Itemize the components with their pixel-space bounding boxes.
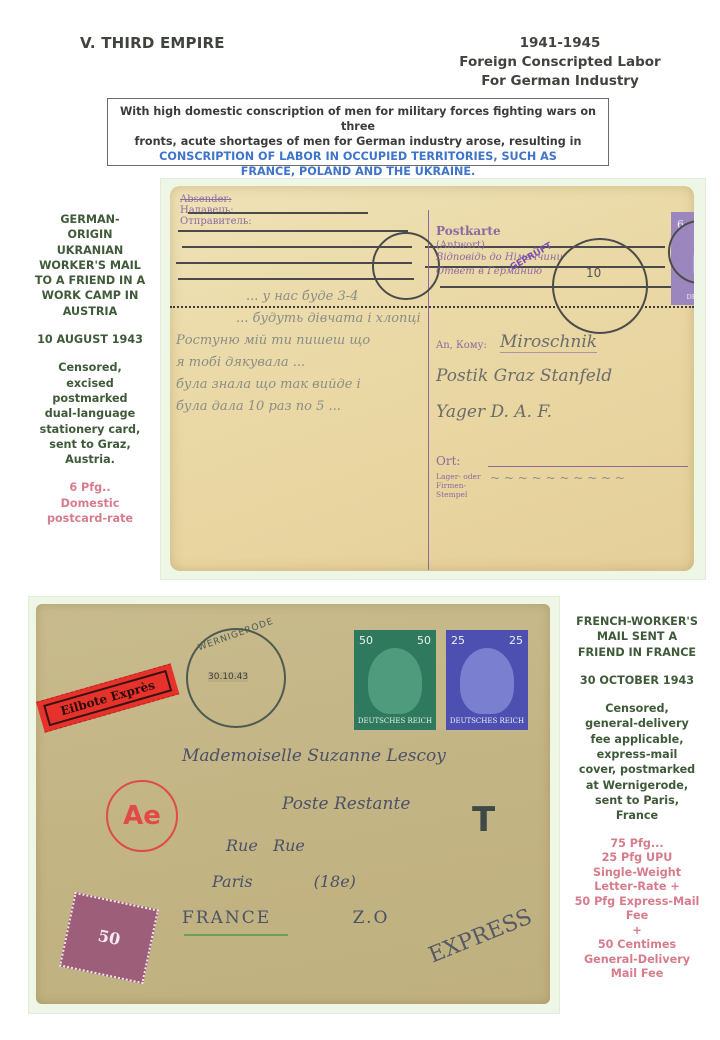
years: 1941-1945 [440, 34, 680, 53]
address-label: An, Кому: [436, 340, 487, 351]
item1-rate: 6 Pfg.. Domestic postcard-rate [22, 480, 158, 526]
item1-caption: GERMAN- ORIGIN UKRANIAN WORKER'S MAIL TO… [22, 212, 158, 539]
postcard-image: Absender: Надавець: Отправитель: ... у н… [170, 186, 694, 571]
item2-date: 30 OCTOBER 1943 [562, 673, 712, 688]
place-sublabel: Lager- oder Firmen- Stempel [436, 472, 481, 499]
place-line [488, 466, 688, 467]
intro-line-1: With high domestic conscription of men f… [108, 104, 608, 134]
excision-bar [178, 230, 408, 232]
address-line-3: Yager D. A. F. [436, 402, 552, 422]
address-line-1: Mademoiselle Suzanne Lescoy [182, 746, 446, 766]
portrait [460, 648, 514, 714]
express-label: Eilbote Exprès [36, 663, 179, 732]
section-title: V. THIRD EMPIRE [80, 34, 225, 52]
intro-box: With high domestic conscription of men f… [107, 98, 609, 166]
subtitle-line-2: For German Industry [440, 72, 680, 91]
postmark-circle [552, 238, 648, 334]
item1-title: GERMAN- ORIGIN UKRANIAN WORKER'S MAIL TO… [22, 212, 158, 319]
intro-highlight-1: CONSCRIPTION OF LABOR IN OCCUPIED TERRIT… [108, 149, 608, 164]
censor-mark-ae: Ae [106, 780, 178, 852]
address-line-2: Poste Restante [282, 794, 410, 814]
card-subtitle: (Antwort) [436, 240, 485, 251]
express-handwritten: EXPRESS [425, 905, 535, 969]
address-line-3: Rue Rue [226, 836, 305, 855]
address-line-2: Postik Graz Stanfeld [436, 366, 612, 386]
item2-rate: 75 Pfg... 25 Pfg UPU Single-Weight Lette… [562, 837, 712, 982]
excision-bar [188, 212, 368, 214]
intro-line-2: fronts, acute shortages of men for Germa… [108, 134, 608, 149]
card-title: Postkarte [436, 224, 501, 238]
postmark-date: 30.10.43 [208, 672, 248, 682]
postmark-date: 10 [586, 266, 601, 280]
page-heading: 1941-1945 Foreign Conscripted Labor For … [440, 34, 680, 91]
envelope-image: Eilbote Exprès WERNIGERODE 30.10.43 50 5… [36, 604, 550, 1004]
reply-russian: Ответ в Германию [436, 266, 542, 277]
postage-stamp-50pf: 50 50 DEUTSCHES REICH [354, 630, 436, 730]
intro-highlight-2: FRANCE, POLAND AND THE UKRAINE. [108, 164, 608, 179]
address-line-1: Miroschnik [500, 332, 597, 353]
underline [184, 934, 288, 936]
portrait [368, 648, 422, 714]
message-continued: ~ ~ ~ ~ ~ ~ ~ ~ ~ ~ [490, 470, 690, 487]
place-label: Ort: [436, 454, 460, 468]
item1-description: Censored, excised postmarked dual-langua… [22, 360, 158, 467]
postage-stamp-25pf: 25 25 DEUTSCHES REICH [446, 630, 528, 730]
item2-title: FRENCH-WORKER'S MAIL SENT A FRIEND IN FR… [562, 614, 712, 660]
message-text: ... у нас буде 3-4 ... будуть дівчата і … [176, 286, 421, 418]
item2-caption: FRENCH-WORKER'S MAIL SENT A FRIEND IN FR… [562, 614, 712, 995]
item2-description: Censored, general-delivery fee applicabl… [562, 701, 712, 823]
subtitle-line-1: Foreign Conscripted Labor [440, 53, 680, 72]
postage-due-stamp: 50 [59, 892, 159, 984]
sender-labels: Absender: Надавець: Отправитель: [180, 194, 252, 227]
address-line-4: Paris (18e) [212, 872, 356, 891]
address-line-5: FRANCE Z.O [182, 908, 389, 928]
tax-mark: T [472, 800, 495, 840]
item1-date: 10 AUGUST 1943 [22, 332, 158, 347]
postmark-circle [372, 232, 440, 300]
